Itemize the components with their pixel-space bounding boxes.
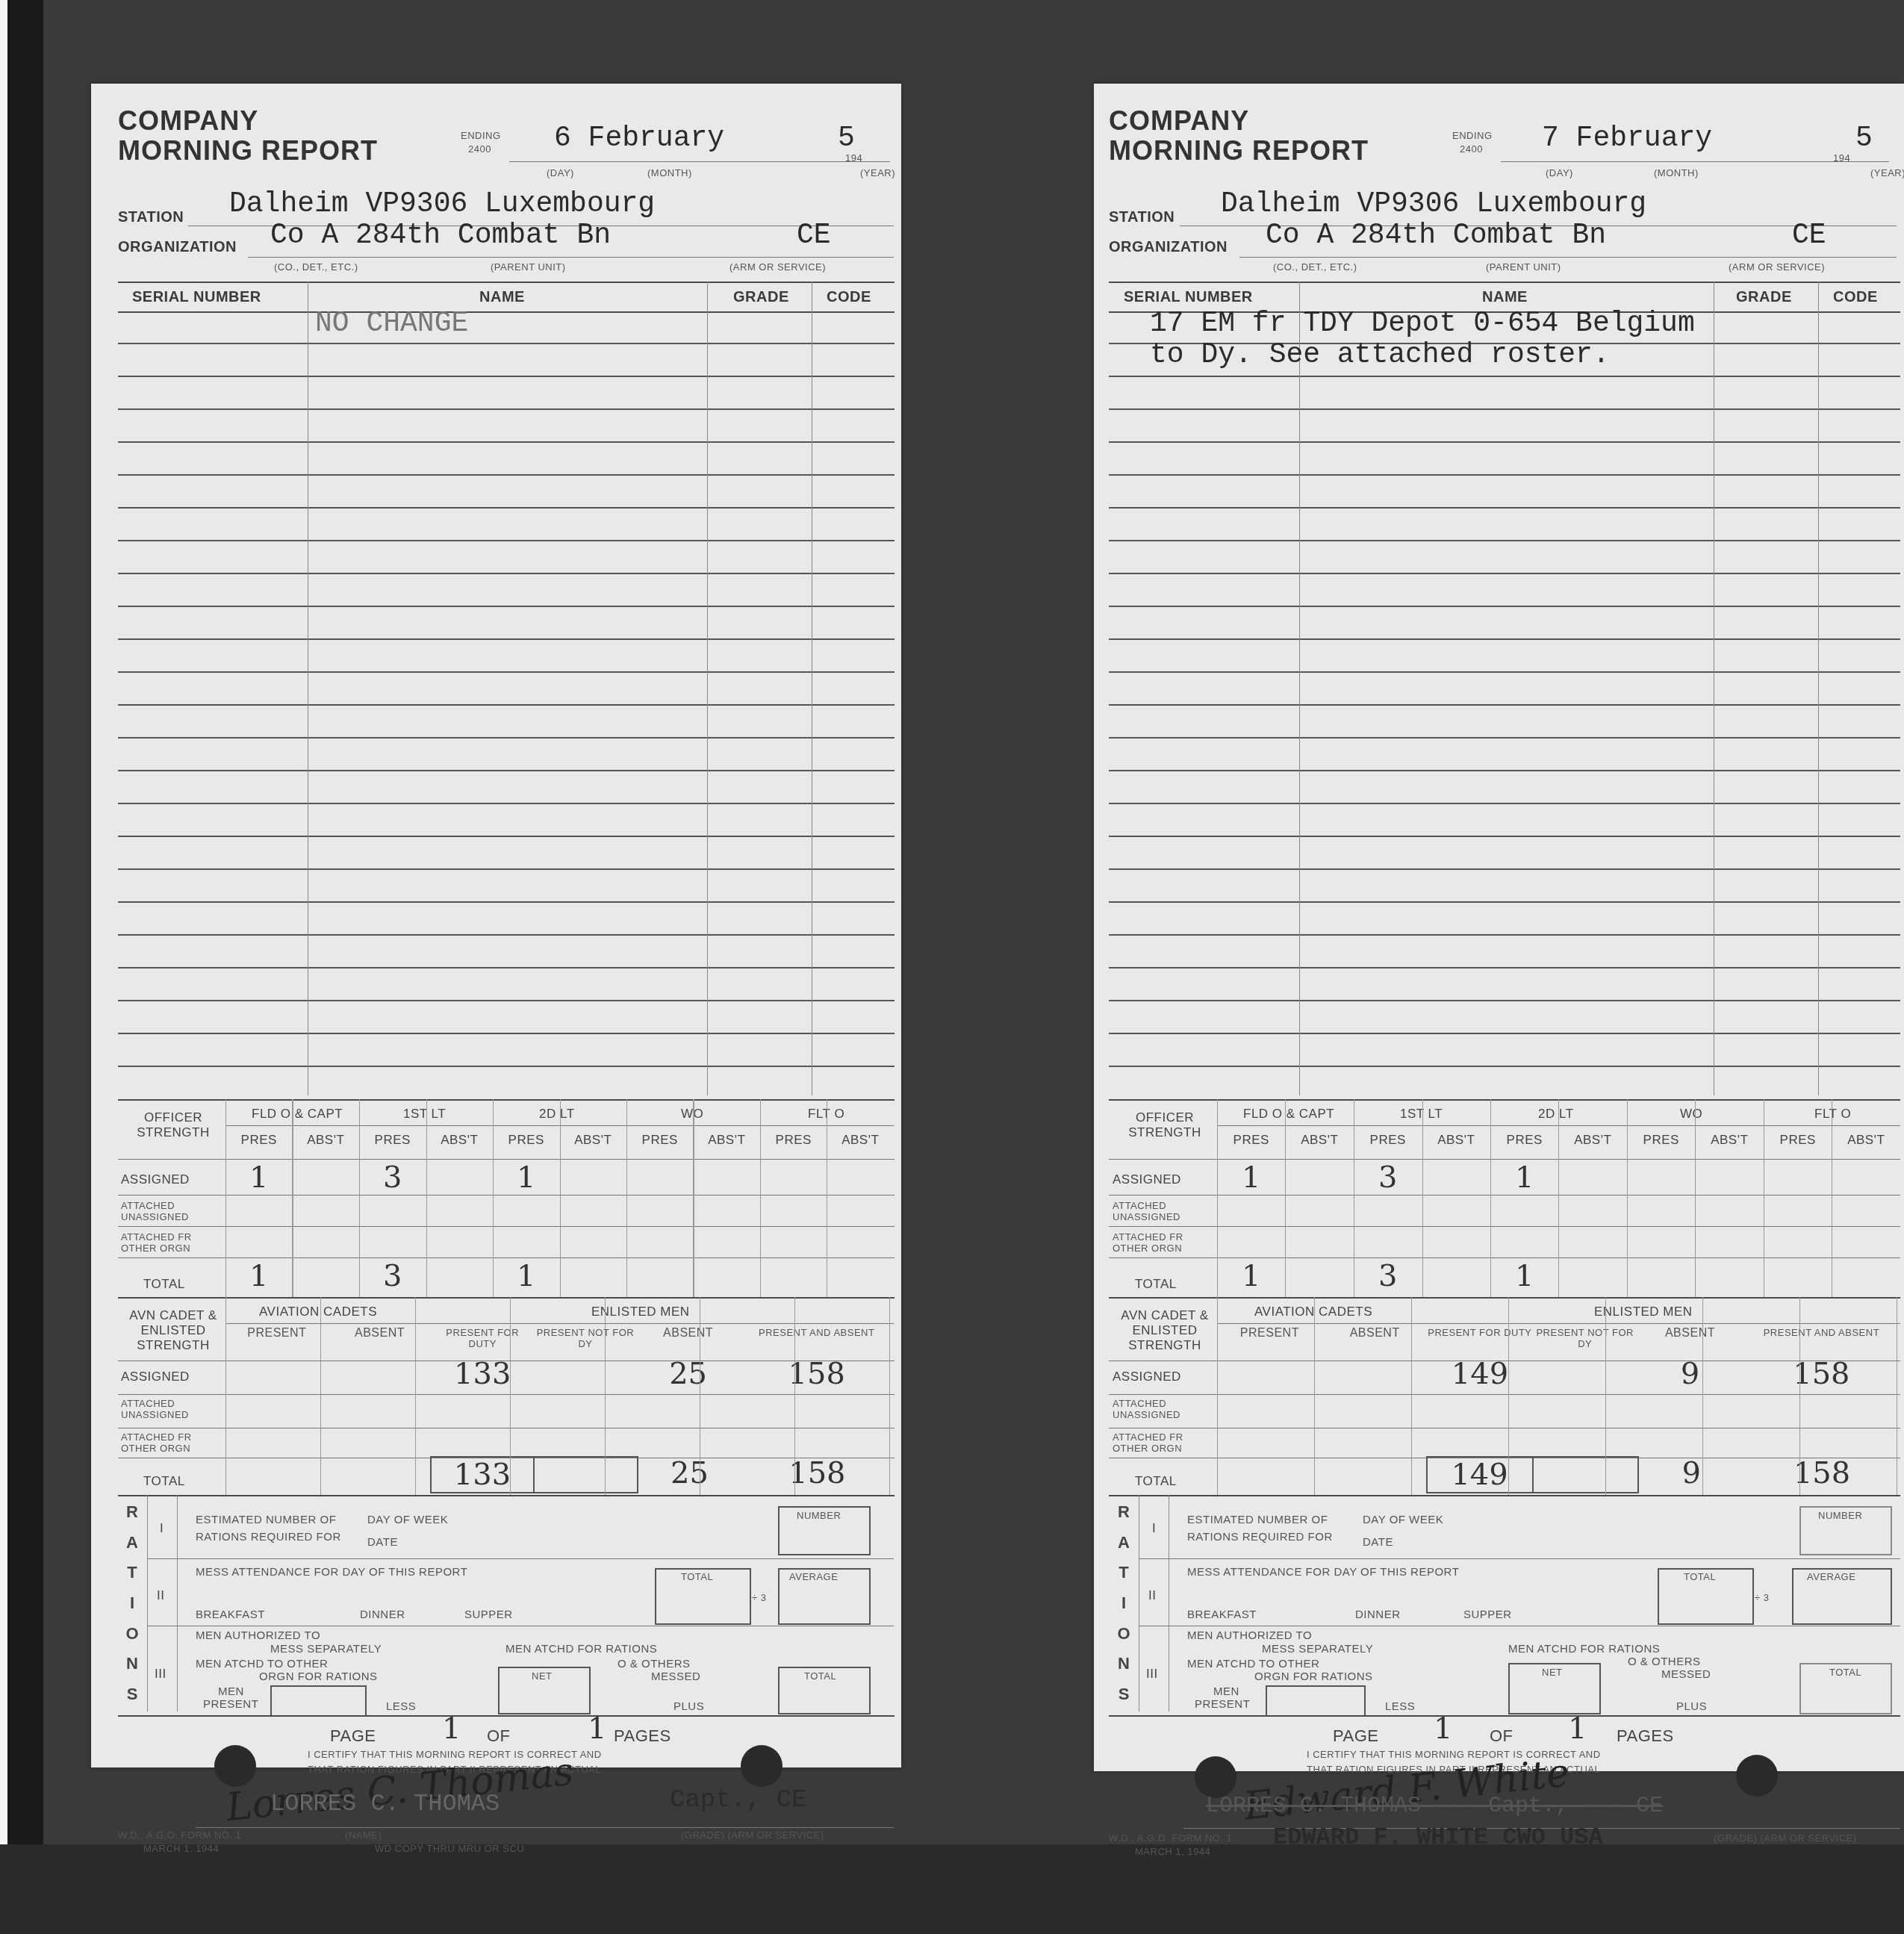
ending-label: ENDING xyxy=(461,130,501,141)
entry-line-1: 17 EM fr TDY Depot 0-654 Belgium xyxy=(1150,308,1695,340)
section-iii: III xyxy=(155,1667,167,1682)
pages-label: PAGES xyxy=(614,1726,671,1746)
col-divider-3 xyxy=(812,282,812,1095)
page-number: 1 xyxy=(442,1711,461,1746)
punch-hole-right xyxy=(1736,1755,1778,1797)
col-divider-3 xyxy=(1818,282,1819,1095)
col-divider-2 xyxy=(707,282,708,1095)
scan-edge xyxy=(0,0,7,1934)
of-label: OF xyxy=(1490,1726,1513,1746)
arm-value: CE xyxy=(1792,220,1826,252)
date-label: DATE xyxy=(367,1536,398,1549)
station-value: Dalheim VP9306 Luxembourg xyxy=(1221,188,1646,220)
typed-grade: Capt., CE xyxy=(670,1786,807,1815)
form-title-line2: MORNING REPORT xyxy=(1109,136,1369,166)
supper-label: SUPPER xyxy=(464,1608,513,1621)
arm-caption: (ARM OR SERVICE) xyxy=(729,261,826,273)
row-total-label: TOTAL xyxy=(1135,1474,1177,1489)
enlisted-grid xyxy=(1217,1297,1900,1495)
rations-side-label: RATIONS xyxy=(121,1502,143,1704)
number-label: NUMBER xyxy=(797,1510,841,1521)
morning-report-6-feb: COMPANY MORNING REPORT ENDING 2400 6 Feb… xyxy=(91,84,901,1767)
net-label: NET xyxy=(532,1670,553,1682)
col-code: CODE xyxy=(827,289,871,306)
organization-value: Co A 284th Combat Bn xyxy=(1266,220,1606,252)
col-divider-2 xyxy=(1714,282,1714,1095)
mess-attendance-label: MESS ATTENDANCE FOR DAY OF THIS REPORT xyxy=(1187,1566,1459,1579)
orgn-for-rations-label: ORGN FOR RATIONS xyxy=(259,1670,378,1683)
divide-by-3: ÷ 3 xyxy=(1755,1592,1769,1603)
row-assigned-label: ASSIGNED xyxy=(1113,1172,1181,1187)
row-attached-unassigned-label: ATTACHED UNASSIGNED xyxy=(1113,1200,1210,1222)
header-rule-top xyxy=(1109,282,1900,283)
total-iii-label: TOTAL xyxy=(804,1670,836,1682)
supper-label: SUPPER xyxy=(1463,1608,1512,1621)
date-underline xyxy=(1501,161,1889,162)
messed-label: MESSED xyxy=(651,1670,700,1683)
section-i: I xyxy=(160,1521,164,1536)
col-divider-1 xyxy=(1299,282,1300,1095)
average-label: AVERAGE xyxy=(1807,1571,1855,1582)
day-caption: (DAY) xyxy=(547,167,574,178)
report-date: 6 February xyxy=(554,122,724,155)
signature-line xyxy=(196,1827,894,1828)
estimated-label: ESTIMATED NUMBER OF xyxy=(196,1514,336,1526)
month-caption: (MONTH) xyxy=(1654,167,1699,178)
typed-name-stamp: EDWARD F. WHITE CWO USA xyxy=(1273,1823,1603,1851)
row-attached-fr-label: ATTACHED FR OTHER ORGN xyxy=(121,1231,218,1254)
less-label: LESS xyxy=(386,1700,416,1713)
grade-caption: (GRADE) (ARM OR SERVICE) xyxy=(681,1829,824,1841)
rations-rule xyxy=(147,1626,894,1626)
form-number: W.D., A.G.O. FORM NO. 1 xyxy=(118,1829,241,1841)
rations-rule xyxy=(147,1558,894,1559)
officer-strength-label: OFFICER STRENGTH xyxy=(121,1110,225,1140)
row-attached-unassigned-label: ATTACHED UNASSIGNED xyxy=(1113,1398,1210,1420)
co-caption: (CO., DET., ETC.) xyxy=(1273,261,1357,273)
section-ii: II xyxy=(1148,1588,1156,1603)
form-number: W.D., A.G.O. FORM NO. 1 xyxy=(1109,1832,1232,1844)
section-i: I xyxy=(1152,1521,1156,1536)
section-ii: II xyxy=(157,1588,164,1603)
date-underline xyxy=(509,161,890,162)
row-attached-fr-label: ATTACHED FR OTHER ORGN xyxy=(1113,1431,1210,1454)
col-grade: GRADE xyxy=(1736,289,1792,306)
men-authorized-label: MEN AUTHORIZED TO xyxy=(1187,1629,1312,1642)
name-caption: (NAME) xyxy=(345,1829,382,1841)
page-total: 1 xyxy=(588,1711,606,1746)
average-label: AVERAGE xyxy=(789,1571,838,1582)
divide-by-3: ÷ 3 xyxy=(752,1592,766,1603)
ending-label: ENDING xyxy=(1452,130,1493,141)
col-name: NAME xyxy=(479,289,525,306)
enlisted-section-bottom xyxy=(1109,1495,1900,1496)
breakfast-label: BREAKFAST xyxy=(1187,1608,1257,1621)
net-label: NET xyxy=(1542,1667,1563,1678)
less-label: LESS xyxy=(1385,1700,1415,1713)
o-others-label: O & OTHERS xyxy=(617,1658,691,1670)
year-digit: 5 xyxy=(838,122,855,155)
col-serial-number: SERIAL NUMBER xyxy=(132,289,261,306)
men-atchd-rations-label: MEN ATCHD FOR RATIONS xyxy=(505,1643,657,1655)
present-label: PRESENT xyxy=(1195,1698,1250,1711)
struck-typed-name: LORRES C. THOMAS --- Capt., --- CE xyxy=(1206,1794,1663,1819)
rations-rule xyxy=(1139,1626,1900,1626)
day-of-week-label: DAY OF WEEK xyxy=(1363,1514,1443,1526)
row-attached-unassigned-label: ATTACHED UNASSIGNED xyxy=(121,1398,218,1420)
row-attached-unassigned-label: ATTACHED UNASSIGNED xyxy=(121,1200,218,1222)
rations-required-label: RATIONS REQUIRED FOR xyxy=(1187,1531,1333,1543)
men-present-box xyxy=(1266,1685,1366,1717)
report-date: 7 February xyxy=(1542,122,1712,155)
rations-divider xyxy=(177,1495,178,1711)
form-title-line1: COMPANY xyxy=(1109,106,1249,136)
rations-side-label: RATIONS xyxy=(1113,1502,1135,1704)
total-label: TOTAL xyxy=(681,1571,713,1582)
org-underline xyxy=(1239,257,1897,258)
signature-label: SIGNATURE xyxy=(1109,1816,1182,1829)
scan-bottom xyxy=(0,1844,1904,1934)
estimated-label: ESTIMATED NUMBER OF xyxy=(1187,1514,1328,1526)
row-attached-fr-label: ATTACHED FR OTHER ORGN xyxy=(121,1431,218,1454)
men-atchd-other-label: MEN ATCHD TO OTHER xyxy=(1187,1658,1319,1670)
parent-caption: (PARENT UNIT) xyxy=(491,261,566,273)
dinner-label: DINNER xyxy=(360,1608,405,1621)
rations-divider xyxy=(1139,1495,1139,1711)
of-label: OF xyxy=(487,1726,511,1746)
dinner-label: DINNER xyxy=(1355,1608,1401,1621)
year-caption: (YEAR) xyxy=(860,167,895,178)
form-date: MARCH 1, 1944 xyxy=(143,1843,219,1854)
row-total-label: TOTAL xyxy=(143,1277,185,1292)
signature-label: SIGNATURE xyxy=(118,1815,191,1828)
o-others-label: O & OTHERS xyxy=(1628,1655,1701,1668)
ruled-lines xyxy=(118,311,895,1095)
footer-note: WD COPY THRU MRU OR SCU xyxy=(375,1843,524,1854)
col-divider-1 xyxy=(308,282,308,1095)
plus-label: PLUS xyxy=(1676,1700,1707,1713)
total-label: TOTAL xyxy=(1684,1571,1716,1582)
row-assigned-label: ASSIGNED xyxy=(121,1172,190,1187)
day-caption: (DAY) xyxy=(1546,167,1573,178)
ending-2400: 2400 xyxy=(1460,143,1483,155)
page-total: 1 xyxy=(1568,1711,1587,1746)
morning-report-7-feb: COMPANY MORNING REPORT ENDING 2400 7 Feb… xyxy=(1094,84,1904,1771)
header-rule-top xyxy=(118,282,895,283)
scan-frame xyxy=(7,0,43,1934)
page-number: 1 xyxy=(1434,1711,1452,1746)
rations-divider xyxy=(147,1495,148,1711)
orgn-for-rations-label: ORGN FOR RATIONS xyxy=(1254,1670,1373,1683)
row-total-label: TOTAL xyxy=(143,1474,185,1489)
row-total-label: TOTAL xyxy=(1135,1277,1177,1292)
mess-attendance-label: MESS ATTENDANCE FOR DAY OF THIS REPORT xyxy=(196,1566,467,1579)
col-code: CODE xyxy=(1833,289,1878,306)
typed-name: LORRES C. THOMAS xyxy=(270,1790,500,1818)
rations-required-label: RATIONS REQUIRED FOR xyxy=(196,1531,341,1543)
station-label: STATION xyxy=(118,209,184,226)
rations-divider xyxy=(1169,1495,1169,1711)
arm-caption: (ARM OR SERVICE) xyxy=(1729,261,1825,273)
rations-section-bottom xyxy=(1109,1715,1900,1717)
ending-2400: 2400 xyxy=(468,143,491,155)
station-value: Dalheim VP9306 Luxembourg xyxy=(229,188,655,220)
number-label: NUMBER xyxy=(1818,1510,1862,1521)
date-label: DATE xyxy=(1363,1536,1393,1549)
pages-label: PAGES xyxy=(1617,1726,1674,1746)
enlisted-grid xyxy=(225,1297,894,1495)
form-date: MARCH 1, 1944 xyxy=(1135,1846,1210,1857)
men-label: MEN xyxy=(1213,1685,1239,1698)
organization-label: ORGANIZATION xyxy=(1109,239,1228,256)
co-caption: (CO., DET., ETC.) xyxy=(274,261,358,273)
org-underline xyxy=(248,257,894,258)
breakfast-label: BREAKFAST xyxy=(196,1608,265,1621)
page-label: PAGE xyxy=(330,1726,376,1746)
officer-grid xyxy=(225,1099,894,1297)
punch-hole-left xyxy=(214,1745,256,1787)
row-attached-fr-label: ATTACHED FR OTHER ORGN xyxy=(1113,1231,1210,1254)
organization-value: Co A 284th Combat Bn xyxy=(270,220,611,252)
form-title-line1: COMPANY xyxy=(118,106,258,136)
total-iii-label: TOTAL xyxy=(1829,1667,1861,1678)
men-atchd-other-label: MEN ATCHD TO OTHER xyxy=(196,1658,328,1670)
rations-section-bottom xyxy=(118,1715,895,1717)
enlisted-strength-label: AVN CADET & ENLISTED STRENGTH xyxy=(121,1308,225,1353)
plus-label: PLUS xyxy=(673,1700,704,1713)
mess-separately-label: MESS SEPARATELY xyxy=(270,1643,382,1655)
col-name: NAME xyxy=(1482,289,1528,306)
men-authorized-label: MEN AUTHORIZED TO xyxy=(196,1629,320,1642)
organization-label: ORGANIZATION xyxy=(118,239,237,256)
year-caption: (YEAR) xyxy=(1870,167,1904,178)
officer-grid xyxy=(1217,1099,1900,1297)
day-of-week-label: DAY OF WEEK xyxy=(367,1514,448,1526)
entry-line-2: to Dy. See attached roster. xyxy=(1150,339,1610,371)
men-present-box xyxy=(270,1685,367,1717)
men-label: MEN xyxy=(218,1685,244,1698)
col-grade: GRADE xyxy=(733,289,789,306)
punch-hole-right xyxy=(741,1745,783,1787)
messed-label: MESSED xyxy=(1661,1668,1711,1681)
row-assigned-label: ASSIGNED xyxy=(1113,1369,1181,1384)
form-title-line2: MORNING REPORT xyxy=(118,136,378,166)
ruled-lines xyxy=(1109,311,1900,1095)
punch-hole-left xyxy=(1195,1756,1236,1798)
parent-caption: (PARENT UNIT) xyxy=(1486,261,1561,273)
col-serial-number: SERIAL NUMBER xyxy=(1124,289,1253,306)
enlisted-strength-label: AVN CADET & ENLISTED STRENGTH xyxy=(1113,1308,1217,1353)
men-atchd-rations-label: MEN ATCHD FOR RATIONS xyxy=(1508,1643,1660,1655)
present-label: PRESENT xyxy=(203,1698,258,1711)
mess-separately-label: MESS SEPARATELY xyxy=(1262,1643,1373,1655)
month-caption: (MONTH) xyxy=(647,167,692,178)
rations-rule xyxy=(1139,1558,1900,1559)
year-digit: 5 xyxy=(1855,122,1873,155)
enlisted-section-bottom xyxy=(118,1495,895,1496)
officer-strength-label: OFFICER STRENGTH xyxy=(1113,1110,1217,1140)
arm-value: CE xyxy=(797,220,831,252)
section-iii: III xyxy=(1146,1667,1158,1682)
station-label: STATION xyxy=(1109,209,1175,226)
page-label: PAGE xyxy=(1333,1726,1379,1746)
grade-caption: (GRADE) (ARM OR SERVICE) xyxy=(1714,1832,1857,1844)
row-assigned-label: ASSIGNED xyxy=(121,1369,190,1384)
